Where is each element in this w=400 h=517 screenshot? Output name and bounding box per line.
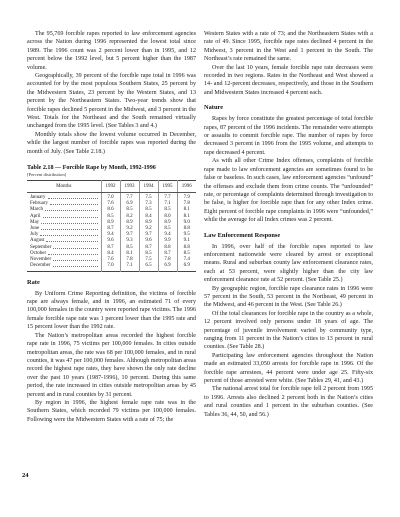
value-cell: 7.0 [101,263,120,272]
law-enforcement-paragraph: Of the total clearances for forcible rap… [204,310,373,352]
table-row: January 7.0 7.7 7.5 7.7 7.9 [27,193,196,201]
dot-leader [41,222,97,224]
table-note: [Percent distribution] [27,172,196,177]
dot-leader [53,259,97,261]
month-label: December [30,263,51,268]
month-label: July [30,232,38,237]
document-page: The 95,769 forcible rapes reported to la… [0,0,400,517]
nature-paragraph: Rapes by force constitute the greatest p… [204,115,373,157]
month-label: August [30,238,44,243]
column-header: 1996 [177,181,196,193]
dot-leader [53,247,97,249]
section-heading-rate: Rate [27,279,196,286]
rate-continuation-paragraph: Western States with a rate of 73; and th… [204,30,373,64]
table-body: January 7.0 7.7 7.5 7.7 7.9 February 7.6… [27,193,196,272]
value-cell: 7.0 [101,193,120,201]
left-column: The 95,769 forcible rapes reported to la… [27,30,196,424]
month-label: February [30,201,48,206]
value-cell: 6.9 [158,263,177,272]
value-cell: 7.5 [139,193,158,201]
month-label: April [30,214,41,219]
month-label: November [30,257,51,262]
section-heading-law-enforcement-response: Law Enforcement Response [204,232,373,239]
value-cell: 7.9 [177,193,196,201]
dot-leader [45,209,97,211]
column-header: 1992 [101,181,120,193]
month-label: October [30,251,46,256]
law-enforcement-paragraph: The national arrest total for forcible r… [204,385,373,419]
column-header: Months [27,181,101,193]
table-header: Months 1992 1993 1994 1995 1996 [27,181,196,193]
month-label: January [30,195,46,200]
table-2-18: Table 2.18 — Forcible Rape by Month, 199… [27,165,196,272]
dot-leader [50,203,97,205]
dot-leader [53,265,98,267]
page-number: 24 [22,472,29,479]
value-cell: 6.9 [177,263,196,272]
month-cell: December [27,263,101,272]
column-header: 1994 [139,181,158,193]
dot-leader [43,216,98,218]
month-cell: January [27,193,101,201]
section-heading-nature: Nature [204,104,373,111]
dot-leader [48,197,98,199]
intro-paragraph: Geographically, 39 percent of the forcib… [27,72,196,131]
forcible-rape-by-month-table: Months 1992 1993 1994 1995 1996 January … [27,180,196,272]
rate-paragraph: By region in 1996, the highest female ra… [27,399,196,424]
table-row: December 7.0 7.1 6.5 6.9 6.9 [27,263,196,272]
value-cell: 7.7 [120,193,139,201]
dot-leader [41,228,97,230]
dot-leader [46,240,97,242]
intro-paragraph: Monthly totals show the lowest volume oc… [27,131,196,156]
rate-paragraph: Over the last 10 years, female forcible … [204,64,373,98]
law-enforcement-paragraph: In 1996, over half of the forcible rapes… [204,243,373,285]
rate-paragraph: The Nation’s metropolitan areas recorded… [27,332,196,399]
month-label: September [30,245,51,250]
value-cell: 7.1 [120,263,139,272]
nature-paragraph: As with all other Crime Index offenses, … [204,157,373,224]
law-enforcement-paragraph: By geographic region, forcible rape clea… [204,285,373,310]
law-enforcement-paragraph: Participating law enforcement agencies t… [204,352,373,386]
month-label: March [30,207,43,212]
value-cell: 6.5 [139,263,158,272]
value-cell: 7.7 [158,193,177,201]
table-title: Table 2.18 — Forcible Rape by Month, 199… [27,165,196,171]
month-label: June [30,226,39,231]
dot-leader [40,234,97,236]
month-label: May [30,220,39,225]
dot-leader [48,253,97,255]
rate-paragraph: By Uniform Crime Reporting definition, t… [27,290,196,332]
intro-paragraph: The 95,769 forcible rapes reported to la… [27,30,196,72]
column-header: 1995 [158,181,177,193]
page-content: The 95,769 forcible rapes reported to la… [27,30,373,424]
right-column: Western States with a rate of 73; and th… [204,30,373,424]
column-header: 1993 [120,181,139,193]
